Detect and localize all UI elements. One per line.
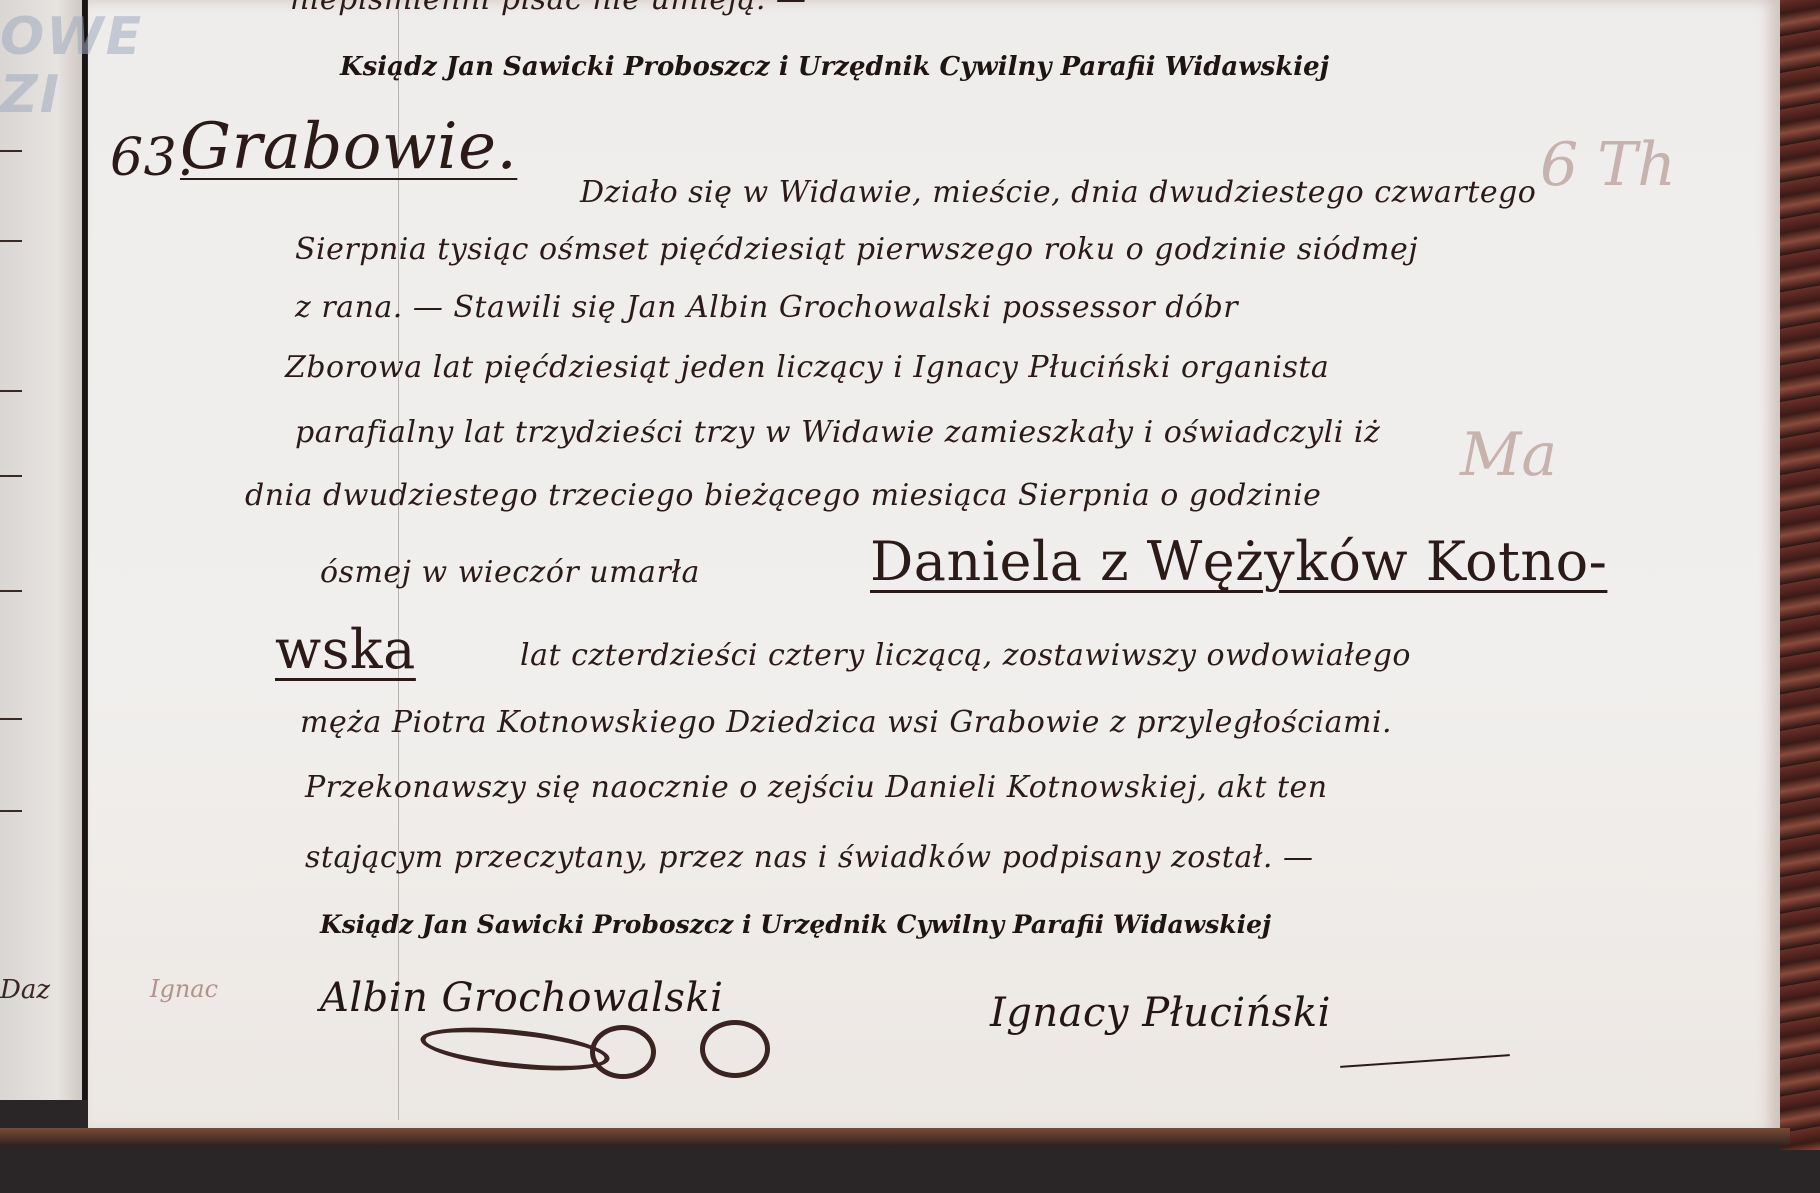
record-line-3: z rana. — Stawili się Jan Albin Grochowa… (295, 290, 1238, 325)
record-line-11: stającym przeczytany, przez nas i świadk… (305, 840, 1314, 875)
signature-flourish (590, 1025, 656, 1079)
witness-signature-2: Ignacy Płuciński (990, 990, 1331, 1036)
previous-entry-closing: niepiśmienni pisać nie umieją. — (290, 0, 806, 17)
village-name: Grabowie. (180, 110, 517, 184)
signature-flourish (700, 1020, 770, 1078)
bleed-through-text: Ma (1460, 420, 1557, 490)
deceased-name-continued: wska (275, 618, 416, 681)
edge-ink-mark (0, 150, 22, 152)
book-binding-edge (1780, 0, 1820, 1150)
record-line-9: męża Piotra Kotnowskiego Dziedzica wsi G… (300, 705, 1392, 740)
edge-ink-mark (0, 718, 22, 720)
officiant-signature: Ksiądz Jan Sawicki Proboszcz i Urzędnik … (320, 910, 1271, 939)
record-line-2: Sierpnia tysiąc ośmset pięćdziesiąt pier… (295, 232, 1418, 267)
record-line-1: Działo się w Widawie, mieście, dnia dwud… (580, 175, 1536, 210)
record-line-5: parafialny lat trzydzieści trzy w Widawi… (295, 415, 1380, 450)
record-line-4: Zborowa lat pięćdziesiąt jeden liczący i… (285, 350, 1329, 385)
edge-ink-mark (0, 475, 22, 477)
bleed-through-text: Ignac (150, 975, 218, 1003)
facing-page-fragment: Daz (0, 975, 50, 1005)
edge-ink-mark (0, 240, 22, 242)
record-line-8: lat czterdzieści cztery liczącą, zostawi… (520, 638, 1411, 673)
watermark: OWE ZI (0, 8, 143, 124)
page-bottom-edge (0, 1128, 1790, 1146)
edge-ink-mark (0, 390, 22, 392)
deceased-name: Daniela z Wężyków Kotno- (870, 530, 1607, 593)
witness-signature-1: Albin Grochowalski (320, 975, 723, 1021)
edge-ink-mark (0, 810, 22, 812)
facing-page-edge: Daz (0, 0, 87, 1100)
record-line-7: ósmej w wieczór umarła (320, 555, 700, 590)
watermark-line-1: OWE (0, 8, 143, 66)
record-line-6: dnia dwudziestego trzeciego bieżącego mi… (245, 478, 1321, 513)
edge-ink-mark (0, 590, 22, 592)
bleed-through-text: 6 Th (1540, 130, 1676, 200)
record-line-10: Przekonawszy się naocznie o zejściu Dani… (305, 770, 1328, 805)
watermark-line-2: ZI (0, 66, 143, 124)
previous-entry-signature: Ksiądz Jan Sawicki Proboszcz i Urzędnik … (340, 52, 1329, 82)
